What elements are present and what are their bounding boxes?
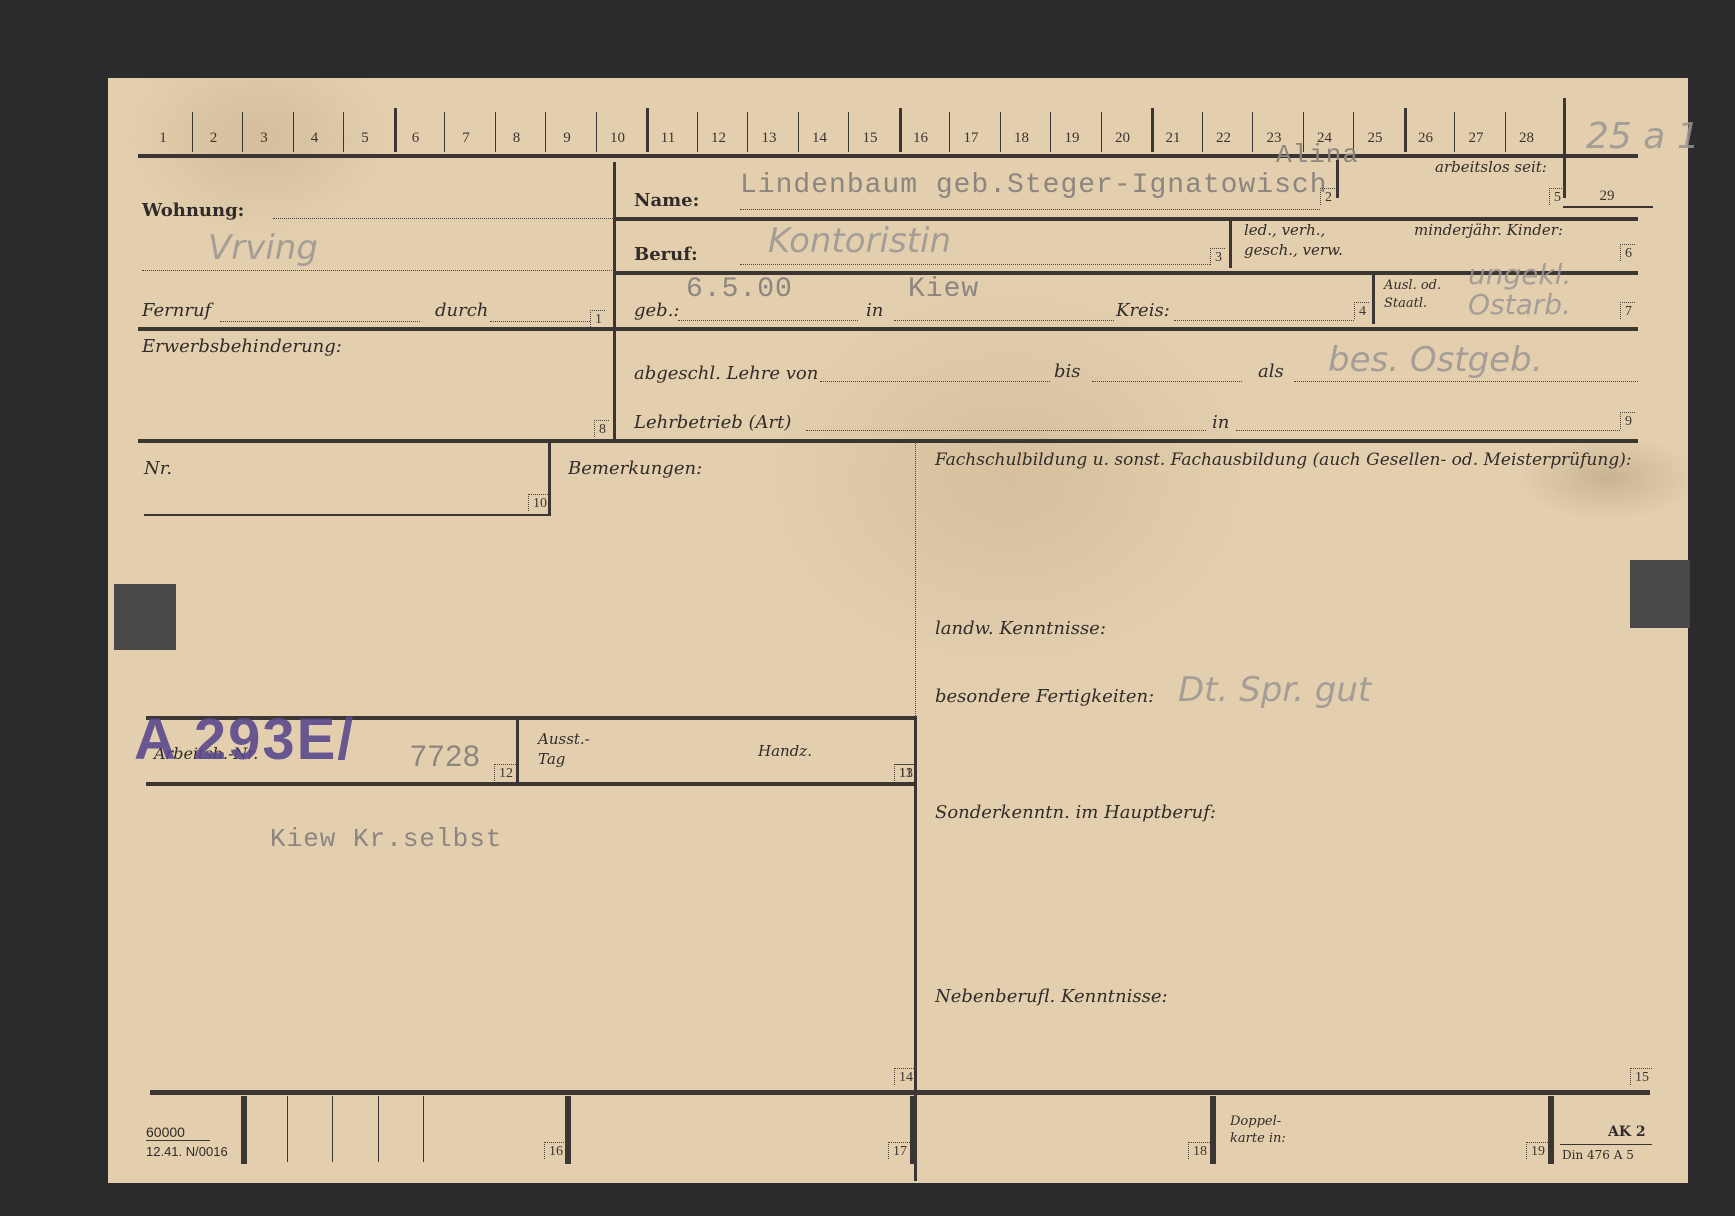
- divider: [144, 514, 550, 516]
- ruler-tick: [899, 108, 902, 152]
- lehrbetrieb-in-label: in: [1212, 412, 1229, 433]
- doppelkarte-label-1: Doppel-: [1230, 1114, 1281, 1129]
- kreis-label: Kreis:: [1116, 300, 1170, 321]
- divider: [1210, 1096, 1216, 1164]
- durch-line: [490, 321, 590, 322]
- divider: [287, 1096, 288, 1162]
- divider: [332, 1096, 333, 1162]
- ruler-number: 14: [805, 130, 835, 147]
- ruler-number: 8: [502, 130, 532, 147]
- ruler-number: 20: [1108, 130, 1138, 147]
- ruler-tick: [293, 112, 294, 152]
- field-number-8: 8: [594, 420, 609, 437]
- ruler-tick: [1000, 112, 1001, 152]
- field-number-12: 12: [494, 764, 516, 781]
- handz-label: Handz.: [758, 742, 812, 760]
- ruler-number: 19: [1057, 130, 1087, 147]
- ruler-number: 4: [300, 130, 330, 147]
- ruler-tick: [1151, 108, 1154, 152]
- als-label: als: [1258, 361, 1284, 382]
- ausl-value-1: ungekl.: [1468, 258, 1571, 291]
- bis-line: [1092, 381, 1242, 382]
- field-number-7: 7: [1620, 302, 1635, 319]
- bemerkungen-label: Bemerkungen:: [568, 458, 702, 479]
- ruler-tick: [798, 112, 799, 152]
- arbeitsbuch-stamp: A 293E/: [134, 706, 355, 773]
- ruler-tick: [1050, 112, 1051, 152]
- divider: [910, 1096, 916, 1164]
- lehrbetrieb-label: Lehrbetrieb (Art): [634, 412, 791, 433]
- first-name-value: Alina: [1276, 140, 1359, 170]
- field-number-1: 1: [590, 310, 605, 327]
- bis-label: bis: [1054, 361, 1081, 382]
- ruler-tick: [596, 112, 597, 152]
- ruler-tick: [495, 112, 496, 152]
- kreis-line: [1174, 320, 1354, 321]
- ruler-number: 25: [1360, 130, 1390, 147]
- lehre-label: abgeschl. Lehre von: [634, 363, 818, 384]
- erwerbsbehinderung-label: Erwerbsbehinderung:: [142, 336, 342, 357]
- ruler-number: 16: [906, 130, 936, 147]
- ausl-value-2: Ostarb.: [1468, 288, 1571, 321]
- lehrbetrieb-in-line: [1236, 430, 1620, 431]
- divider: [146, 782, 915, 786]
- ruler-number: 2: [199, 130, 229, 147]
- wohnung-value: Vrving: [208, 228, 318, 268]
- ruler-number: 3: [249, 130, 279, 147]
- ruler-number: 18: [1007, 130, 1037, 147]
- in-label: in: [866, 300, 883, 321]
- index-tab-right: [1630, 560, 1690, 628]
- besondere-value: Dt. Spr. gut: [1178, 670, 1371, 710]
- ruler-tick: [192, 112, 193, 152]
- familienstand-label-2: gesch., verw.: [1244, 241, 1343, 259]
- ruler-number: 27: [1461, 130, 1491, 147]
- sonderkenntn-label: Sonderkenntn. im Hauptberuf:: [935, 802, 1216, 823]
- arbeitslos-label: arbeitslos seit:: [1435, 158, 1547, 176]
- ruler-number: 11: [653, 130, 683, 147]
- field-number-18: 18: [1188, 1142, 1210, 1159]
- fernruf-label: Fernruf: [142, 300, 211, 321]
- ruler-tick: [1454, 112, 1455, 152]
- ruler-number: 10: [603, 130, 633, 147]
- field-number-16: 16: [544, 1142, 566, 1159]
- field-number-3: 3: [1210, 248, 1225, 265]
- ruler-tick: [1505, 112, 1506, 152]
- ruler-number: 26: [1411, 130, 1441, 147]
- ruler-tick: [343, 112, 344, 152]
- doppelkarte-label-2: karte in:: [1230, 1131, 1286, 1146]
- ruler-number: 1: [148, 130, 178, 147]
- beruf-line: [740, 264, 1210, 265]
- fernruf-line: [220, 321, 420, 322]
- kinder-label: minderjähr. Kinder:: [1414, 221, 1563, 239]
- ruler-tick: [394, 108, 397, 152]
- print-code: 12.41. N/0016: [146, 1144, 228, 1159]
- beruf-value: Kontoristin: [768, 221, 951, 261]
- nebenberuf-label: Nebenberufl. Kenntnisse:: [935, 986, 1168, 1007]
- lehrbetrieb-line: [806, 430, 1206, 431]
- field-number-29: 29: [1592, 188, 1622, 205]
- ruler-tick: [242, 112, 243, 152]
- divider: [1563, 98, 1566, 198]
- als-line: [1294, 381, 1638, 382]
- divider: [138, 439, 1638, 443]
- field-number-14: 14: [894, 1068, 916, 1085]
- ruler-number: 12: [704, 130, 734, 147]
- nr-label: Nr.: [144, 458, 172, 479]
- ruler-number: 17: [956, 130, 986, 147]
- besondere-label: besondere Fertigkeiten:: [935, 686, 1154, 707]
- ruler-tick: [1101, 112, 1102, 152]
- landw-label: landw. Kenntnisse:: [935, 618, 1106, 639]
- divider: [1229, 218, 1232, 268]
- ruler-tick: [646, 108, 649, 152]
- ruler-number: 9: [552, 130, 582, 147]
- ruler-number: 21: [1158, 130, 1188, 147]
- familienstand-label-1: led., verh.,: [1244, 221, 1325, 239]
- field-number-4: 4: [1354, 302, 1369, 319]
- ruler-number: 5: [350, 130, 380, 147]
- ruler-tick: [949, 112, 950, 152]
- field-number-9: 9: [1620, 412, 1635, 429]
- ausst-label-1: Ausst.-: [538, 730, 590, 748]
- in-line: [894, 320, 1114, 321]
- field-number-15: 15: [1630, 1068, 1652, 1085]
- geburtsort-value: Kiew: [908, 274, 979, 305]
- divider: [1548, 1096, 1554, 1164]
- name-line: [740, 209, 1320, 210]
- ruler-number: 22: [1209, 130, 1239, 147]
- als-value: bes. Ostgeb.: [1328, 340, 1543, 380]
- ruler-number: 13: [754, 130, 784, 147]
- field-number-13: 13: [894, 764, 916, 781]
- lehre-line: [820, 381, 1050, 382]
- wohnung-line-2: [142, 270, 614, 271]
- fachschul-label: Fachschulbildung u. sonst. Fachausbildun…: [935, 450, 1632, 470]
- divider: [1336, 160, 1339, 198]
- ruler-tick: [1202, 112, 1203, 152]
- field-number-5: 5: [1549, 188, 1564, 205]
- field-number-17: 17: [888, 1142, 910, 1159]
- divider: [378, 1096, 379, 1162]
- divider: [1560, 1144, 1652, 1145]
- field-number-2: 2: [1320, 188, 1335, 205]
- field-number-10: 10: [528, 494, 550, 511]
- durch-label: durch: [435, 300, 488, 321]
- index-tab-left: [114, 584, 176, 650]
- divider: [138, 327, 1638, 331]
- name-label: Name:: [634, 190, 699, 211]
- name-value: Lindenbaum geb.Steger-Ignatowisch: [740, 170, 1328, 201]
- divider: [613, 162, 616, 439]
- ausl-label-1: Ausl. od.: [1384, 278, 1441, 293]
- field-number-19: 19: [1526, 1142, 1548, 1159]
- ruler-tick: [848, 112, 849, 152]
- ruler-number: 6: [401, 130, 431, 147]
- geb-value: 6.5.00: [686, 274, 793, 305]
- geb-line: [678, 320, 858, 321]
- divider: [1563, 206, 1653, 208]
- ausl-label-2: Staatl.: [1384, 296, 1427, 311]
- ruler-tick: [444, 112, 445, 152]
- divider: [516, 718, 519, 784]
- divider: [548, 442, 551, 516]
- ruler-tick: [697, 112, 698, 152]
- ruler-number: 15: [855, 130, 885, 147]
- divider: [1372, 274, 1375, 324]
- divider: [241, 1096, 247, 1164]
- beruf-label: Beruf:: [634, 244, 698, 265]
- ruler-tick: [1252, 112, 1253, 152]
- geb-label: geb.:: [634, 300, 679, 321]
- din-code: Din 476 A 5: [1562, 1148, 1634, 1162]
- ausst-label-2: Tag: [538, 750, 565, 768]
- divider: [150, 1090, 1650, 1095]
- ruler-number: 28: [1512, 130, 1542, 147]
- wohnung-line: [273, 218, 613, 219]
- handwritten-file-ref: 25 a 1: [1586, 116, 1700, 157]
- ruler-tick: [545, 112, 546, 152]
- divider: [423, 1096, 424, 1162]
- form-code: AK 2: [1608, 1124, 1646, 1140]
- print-run: 60000: [146, 1124, 210, 1141]
- wohnung-label: Wohnung:: [142, 200, 244, 221]
- field-number-6: 6: [1620, 244, 1635, 261]
- arbeitsbuch-number: 7728: [410, 740, 481, 774]
- ruler-tick: [1404, 108, 1407, 152]
- ruler-baseline: [138, 154, 1638, 158]
- kreis-typed: Kiew Kr.selbst: [270, 824, 502, 854]
- registration-card: 1234567891011121314151617181920212223242…: [108, 78, 1688, 1183]
- ruler-number: 7: [451, 130, 481, 147]
- ruler-tick: [747, 112, 748, 152]
